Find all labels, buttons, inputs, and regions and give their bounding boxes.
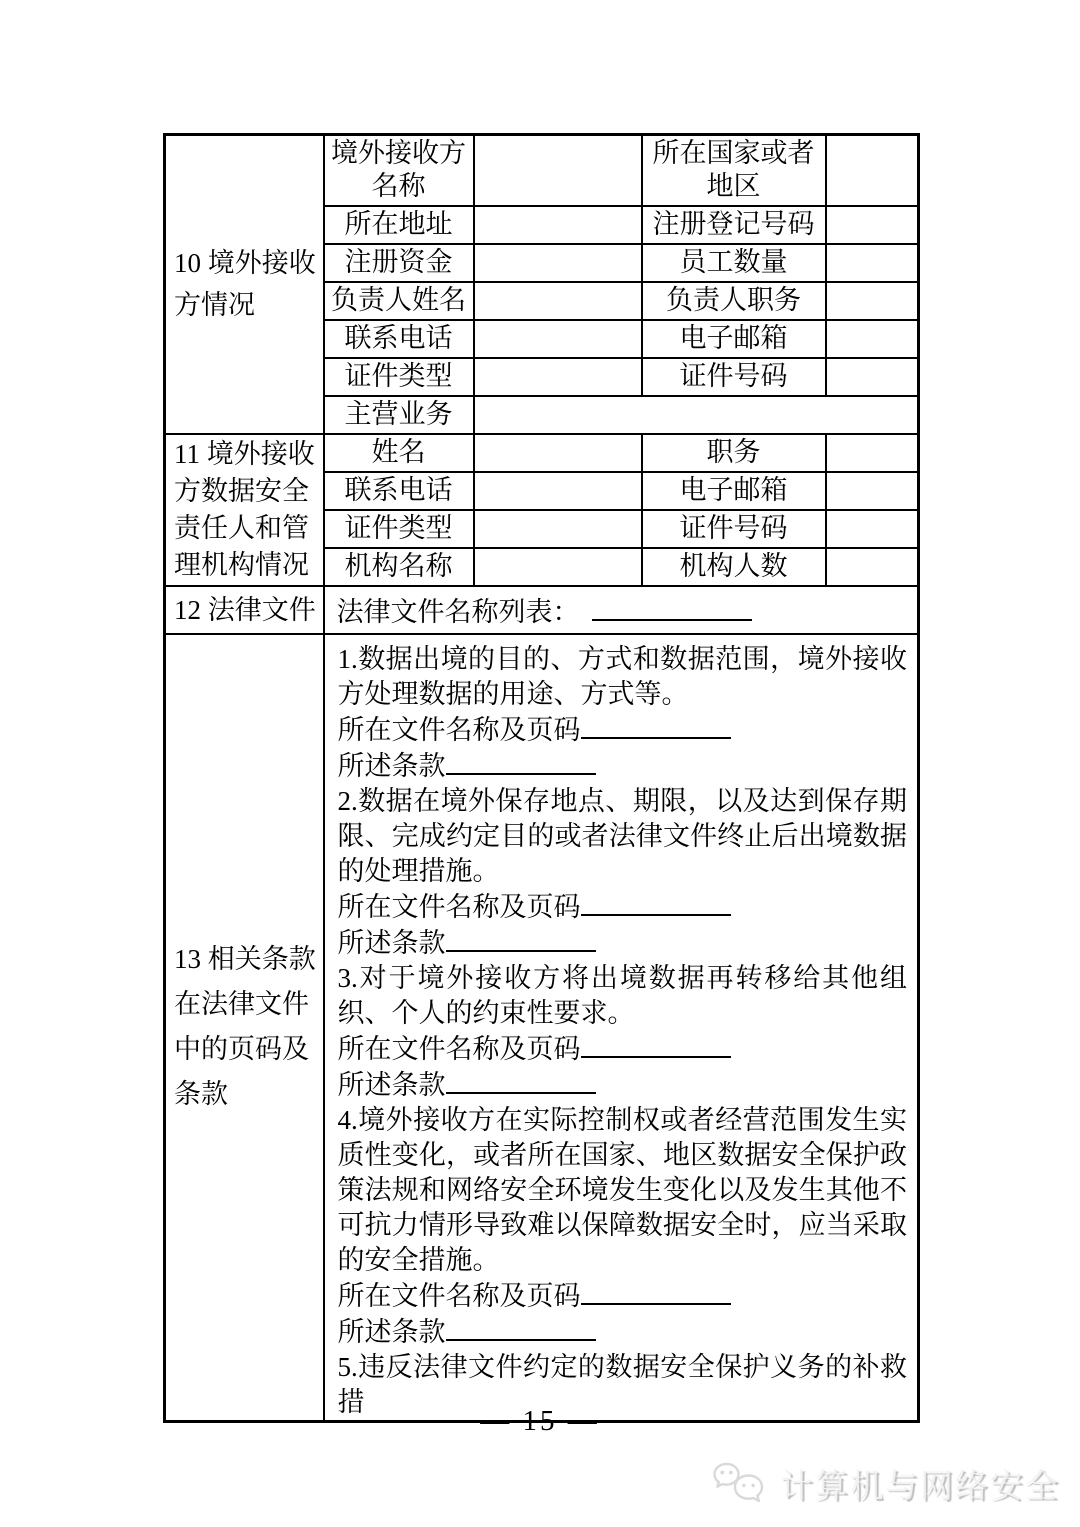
field-value-cell (826, 282, 919, 320)
fill-in-blank-line (581, 1278, 731, 1305)
legal-documents-list-cell: 法律文件名称列表： (324, 586, 919, 634)
field-value-cell (474, 472, 642, 510)
fill-in-blank-line (446, 748, 596, 775)
field-label: 注册登记号码 (642, 206, 826, 244)
file-name-page-label: 所在文件名称及页码 (338, 1281, 581, 1311)
field-label: 机构人数 (642, 548, 826, 586)
field-label: 姓名 (324, 434, 474, 472)
clause-item: 4.境外接收方在实际控制权或者经营范围发生实质性变化，或者所在国家、地区数据安全… (338, 1103, 908, 1350)
field-label: 境外接收方名称 (324, 135, 474, 206)
field-value-cell (474, 320, 642, 358)
field-value-cell (826, 472, 919, 510)
field-label: 所在国家或者地区 (642, 135, 826, 206)
field-value-cell (474, 244, 642, 282)
field-label: 员工数量 (642, 244, 826, 282)
file-name-page-label: 所在文件名称及页码 (338, 715, 581, 745)
clause-ref-label: 所述条款 (338, 1070, 446, 1100)
field-label: 所在地址 (324, 206, 474, 244)
clause-item: 2.数据在境外保存地点、期限，以及达到保存期限、完成约定目的或者法律文件终止后出… (338, 784, 908, 961)
document-page: 10 境外接收方情况 境外接收方名称 所在国家或者地区 所在地址 注册登记号码 … (0, 0, 1080, 1527)
field-value-cell (826, 244, 919, 282)
clause-ref-label: 所述条款 (338, 751, 446, 781)
field-label: 电子邮箱 (642, 472, 826, 510)
field-label: 机构名称 (324, 548, 474, 586)
field-value-cell (474, 358, 642, 396)
field-label: 证件号码 (642, 510, 826, 548)
clause-ref-label: 所述条款 (338, 928, 446, 958)
fill-in-blank-line (581, 712, 731, 739)
field-label: 电子邮箱 (642, 320, 826, 358)
clause-ref-line: 所述条款 (338, 1067, 908, 1103)
field-value-cell (826, 135, 919, 206)
section-11-header: 11 境外接收方数据安全责任人和管理机构情况 (165, 434, 324, 586)
field-value-cell (826, 320, 919, 358)
file-name-page-label: 所在文件名称及页码 (338, 1034, 581, 1064)
file-name-page-line: 所在文件名称及页码 (338, 889, 908, 925)
clause-text: 2.数据在境外保存地点、期限，以及达到保存期限、完成约定目的或者法律文件终止后出… (338, 784, 908, 889)
field-label: 证件号码 (642, 358, 826, 396)
file-name-page-line: 所在文件名称及页码 (338, 1031, 908, 1067)
field-label: 证件类型 (324, 510, 474, 548)
legal-documents-list-label: 法律文件名称列表： (337, 597, 580, 627)
section-10-header: 10 境外接收方情况 (165, 135, 324, 434)
fill-in-blank-line (446, 1067, 596, 1094)
brand-watermark: 计算机与网络安全 (712, 1460, 1060, 1507)
field-value-cell (474, 510, 642, 548)
section-13-header: 13 相关条款在法律文件中的页码及条款 (165, 634, 324, 1422)
section-13-content-cell: 1.数据出境的目的、方式和数据范围，境外接收方处理数据的用途、方式等。 所在文件… (324, 634, 919, 1422)
brand-watermark-text: 计算机与网络安全 (780, 1460, 1060, 1507)
wechat-icon (712, 1461, 770, 1507)
clause-ref-line: 所述条款 (338, 748, 908, 784)
field-value-cell (826, 434, 919, 472)
clause-ref-line: 所述条款 (338, 1314, 908, 1350)
clause-text: 4.境外接收方在实际控制权或者经营范围发生实质性变化，或者所在国家、地区数据安全… (338, 1103, 908, 1278)
field-value-cell (474, 282, 642, 320)
field-value-cell (826, 548, 919, 586)
file-name-page-line: 所在文件名称及页码 (338, 712, 908, 748)
field-value-cell (826, 206, 919, 244)
field-value-cell (474, 396, 919, 434)
clause-item: 3.对于境外接收方将出境数据再转移给其他组织、个人的约束性要求。 所在文件名称及… (338, 961, 908, 1103)
fill-in-blank-line (446, 1314, 596, 1341)
file-name-page-line: 所在文件名称及页码 (338, 1278, 908, 1314)
clause-ref-label: 所述条款 (338, 1317, 446, 1347)
data-export-application-form-table: 10 境外接收方情况 境外接收方名称 所在国家或者地区 所在地址 注册登记号码 … (163, 133, 920, 1423)
field-label: 职务 (642, 434, 826, 472)
field-label: 联系电话 (324, 472, 474, 510)
fill-in-blank-line (592, 594, 752, 621)
field-value-cell (474, 548, 642, 586)
field-label: 负责人姓名 (324, 282, 474, 320)
clause-text: 3.对于境外接收方将出境数据再转移给其他组织、个人的约束性要求。 (338, 961, 908, 1031)
file-name-page-label: 所在文件名称及页码 (338, 892, 581, 922)
clause-ref-line: 所述条款 (338, 925, 908, 961)
page-number: — 15 — (0, 1405, 1080, 1438)
clause-text: 1.数据出境的目的、方式和数据范围，境外接收方处理数据的用途、方式等。 (338, 642, 908, 712)
field-label: 证件类型 (324, 358, 474, 396)
field-value-cell (826, 358, 919, 396)
field-label: 负责人职务 (642, 282, 826, 320)
field-value-cell (826, 510, 919, 548)
field-label: 联系电话 (324, 320, 474, 358)
fill-in-blank-line (446, 925, 596, 952)
field-value-cell (474, 135, 642, 206)
section-12-header: 12 法律文件 (165, 586, 324, 634)
field-value-cell (474, 206, 642, 244)
field-label: 注册资金 (324, 244, 474, 282)
clause-item: 1.数据出境的目的、方式和数据范围，境外接收方处理数据的用途、方式等。 所在文件… (338, 642, 908, 784)
fill-in-blank-line (581, 1031, 731, 1058)
field-label: 主营业务 (324, 396, 474, 434)
field-value-cell (474, 434, 642, 472)
fill-in-blank-line (581, 889, 731, 916)
